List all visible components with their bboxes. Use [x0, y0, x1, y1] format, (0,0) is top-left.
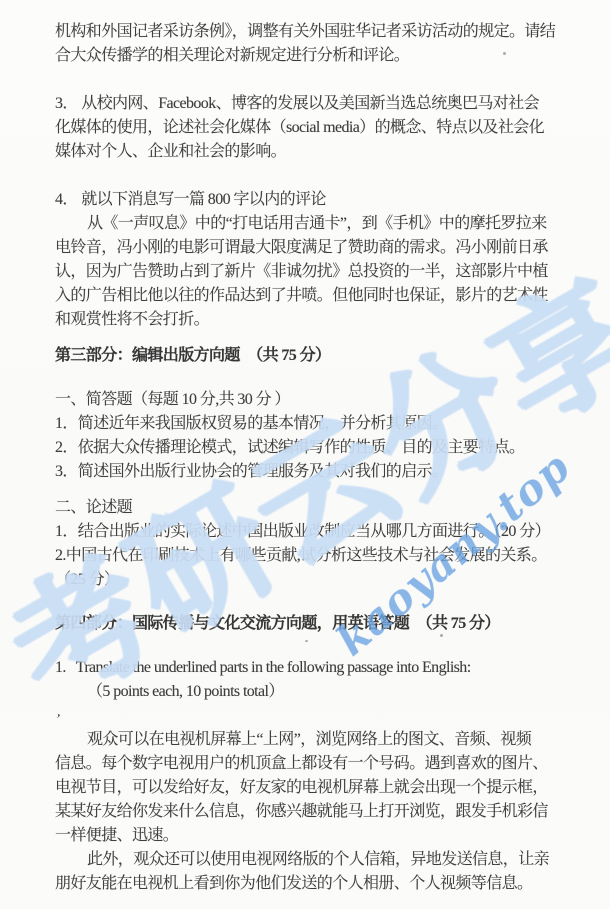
text-line: 1．简述近年来我国版权贸易的基本情况，并分析其原因。 [55, 412, 610, 436]
text-line: 4． 就以下消息写一篇 800 字以内的评论 [55, 188, 610, 212]
text-line: 电视节目，可以发给好友，好友家的电视机屏幕上就会出现一个提示框， [55, 776, 610, 800]
text-line: 2．依据大众传播理论模式，试述编辑写作的性质、目的及主要特点。 [55, 436, 610, 460]
text-line: 信息。每个数字电视用户的机顶盒上都设有一个号码。遇到喜欢的图片、 [55, 752, 610, 776]
text-line: 观众可以在电视机屏幕上“上网”，浏览网络上的图文、音频、视频 [55, 728, 610, 752]
text-line: 和观赏性将不会打折。 [55, 308, 610, 332]
text-line: 3．简述国外出版行业协会的管理服务及其对我们的启示。 [55, 460, 610, 484]
text-line: 一、简答题（每题 10 分,共 30 分 ） [55, 388, 610, 412]
text-line: 朋好友能在电视机上看到你为他们发送的个人相册、个人视频等信息。 [55, 872, 610, 896]
scanned-exam-page: 机构和外国记者采访条例》，调整有关外国驻华记者采访活动的规定。请结合大众传播学的… [0, 0, 610, 909]
text-line: 3． 从校内网、Facebook、博客的发展以及美国新当选总统奥巴马对社会 [55, 92, 610, 116]
text-line: 化媒体的使用，论述社会化媒体（social media）的概念、特点以及社会化 [55, 116, 610, 140]
text-line: 入的广告相比他以往的作品达到了井喷。但他同时也保证，影片的艺术性 [55, 284, 610, 308]
text-line: 此外，观众还可以使用电视网络版的个人信箱，异地发送信息，让亲 [55, 848, 610, 872]
text-line: 认，因为广告赞助占到了新片《非诚勿扰》总投资的一半，这部影片中植 [55, 260, 610, 284]
scan-speck [503, 52, 506, 55]
text-line: 第四部分：国际传播与文化交流方向题，用英语答题 （共 75 分） [55, 612, 610, 636]
text-line: （5 points each, 10 points total） [55, 680, 610, 704]
text-line: 二、论述题 [55, 496, 610, 520]
text-line: 某某好友给你发来什么信息，你感兴趣就能马上打开浏览，跟发手机彩信 [55, 800, 610, 824]
text-line: 机构和外国记者采访条例》，调整有关外国驻华记者采访活动的规定。请结 [55, 20, 610, 44]
text-line: 电铃音，冯小刚的电影可谓最大限度满足了赞助商的需求。冯小刚前日承 [55, 236, 610, 260]
text-line: 从《一声叹息》中的“打电话用吉通卡”，到《手机》中的摩托罗拉来 [55, 212, 610, 236]
text-line: （25 分） [55, 568, 610, 592]
text-line: 合大众传播学的相关理论对新规定进行分析和评论。 [55, 44, 610, 68]
text-line: 第三部分：编辑出版方向题 （共 75 分） [55, 344, 610, 368]
text-line: 1．结合出版业的实际论述中国出版业改制应当从哪几方面进行。（20 分） [55, 520, 610, 544]
text-line: 1. Translate the underlined parts in the… [55, 656, 610, 680]
text-line: 一样便捷、迅速。 [55, 824, 610, 848]
scan-speck [440, 634, 443, 637]
text-line: 媒体对个人、企业和社会的影响。 [55, 140, 610, 164]
exam-text-block: 机构和外国记者采访条例》，调整有关外国驻华记者采访活动的规定。请结合大众传播学的… [0, 0, 610, 896]
scan-speck [305, 640, 308, 642]
text-line: 2.中国古代在印刷技术上有哪些贡献,试分析这些技术与社会发展的关系。 [55, 544, 610, 568]
